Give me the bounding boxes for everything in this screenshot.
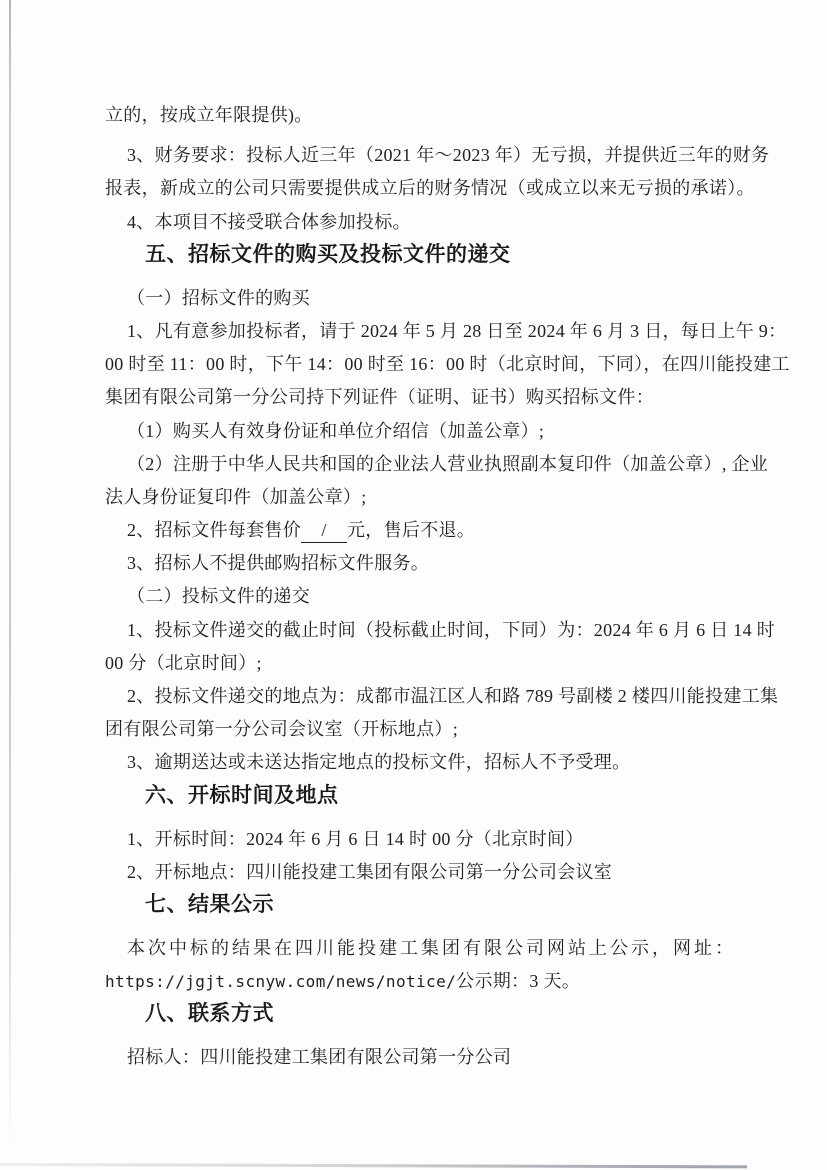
no-consortium-line: 4、本项目不接受联合体参加投标。 [105,206,723,239]
late-delivery-line: 3、逾期送达或未送达指定地点的投标文件，招标人不予受理。 [105,746,723,779]
submission-deadline-line: 1、投标文件递交的截止时间（投标截止时间，下同）为：2024 年 6 月 6 日… [105,614,723,647]
price-suffix: 元，售后不退。 [347,520,475,540]
paragraph-continuation-line: 立的，按成立年限提供)。 [105,99,723,132]
credential-item-1: （1）购买人有效身份证和单位介绍信（加盖公章）; [105,415,723,448]
submission-address-continuation: 团有限公司第一分公司会议室（开标地点）; [105,713,723,746]
price-line: 2、招标文件每套售价/元，售后不退。 [105,514,723,547]
scanned-document-page: 立的，按成立年限提供)。 3、财务要求：投标人近三年（2021 年～2023 年… [0,0,827,1170]
subsection-1-purchase-title: （一）招标文件的购买 [105,282,723,315]
price-value: / [321,520,326,540]
publicity-intro-line: 本次中标的结果在四川能投建工集团有限公司网站上公示，网址： [105,932,723,965]
submission-deadline-continuation: 00 分（北京时间）; [105,647,723,680]
purchase-period-line: 1、凡有意参加投标者，请于 2024 年 5 月 28 日至 2024 年 6 … [105,315,723,348]
scan-left-edge-line [9,0,11,1160]
credential-item-2-continuation: 法人身份证复印件（加盖公章）; [105,481,723,514]
submission-address-line: 2、投标文件递交的地点为：成都市温江区人和路 789 号副楼 2 楼四川能投建工… [105,680,723,713]
price-prefix: 2、招标文件每套售价 [127,520,301,540]
publicity-url-line: https://jgjt.scnyw.com/news/notice/公示期：3… [105,965,723,998]
no-mail-order-line: 3、招标人不提供邮购招标文件服务。 [105,547,723,580]
purchase-period-continuation-2: 集团有限公司第一分公司持下列证件（证明、证书）购买招标文件： [105,381,723,414]
publicity-url: https://jgjt.scnyw.com/news/notice/ [105,972,456,991]
publicity-period: 公示期：3 天。 [456,971,580,991]
scan-bottom-edge-line [0,1163,747,1168]
document-content: 立的，按成立年限提供)。 3、财务要求：投标人近三年（2021 年～2023 年… [105,99,723,1075]
section-heading-6-opening-time-place: 六、开标时间及地点 [105,780,723,823]
price-blank-underline: / [301,518,347,543]
opening-place-line: 2、开标地点：四川能投建工集团有限公司第一分公司会议室 [105,856,723,889]
section-heading-5-purchase-and-submission: 五、招标文件的购买及投标文件的递交 [105,239,723,282]
tenderer-name-line: 招标人：四川能投建工集团有限公司第一分公司 [105,1041,723,1074]
credential-item-2: （2）注册于中华人民共和国的企业法人营业执照副本复印件（加盖公章）, 企业 [105,448,723,481]
finance-requirement-continuation: 报表，新成立的公司只需要提供成立后的财务情况（或成立以来无亏损的承诺）。 [105,172,723,205]
finance-requirement-line: 3、财务要求：投标人近三年（2021 年～2023 年）无亏损，并提供近三年的财… [105,139,723,172]
subsection-2-submission-title: （二）投标文件的递交 [105,580,723,613]
section-heading-7-result-publicity: 七、结果公示 [105,889,723,932]
section-heading-8-contact: 八、联系方式 [105,998,723,1041]
opening-time-line: 1、开标时间：2024 年 6 月 6 日 14 时 00 分（北京时间） [105,823,723,856]
purchase-period-continuation-1: 00 时至 11：00 时，下午 14：00 时至 16：00 时（北京时间，下… [105,348,723,381]
